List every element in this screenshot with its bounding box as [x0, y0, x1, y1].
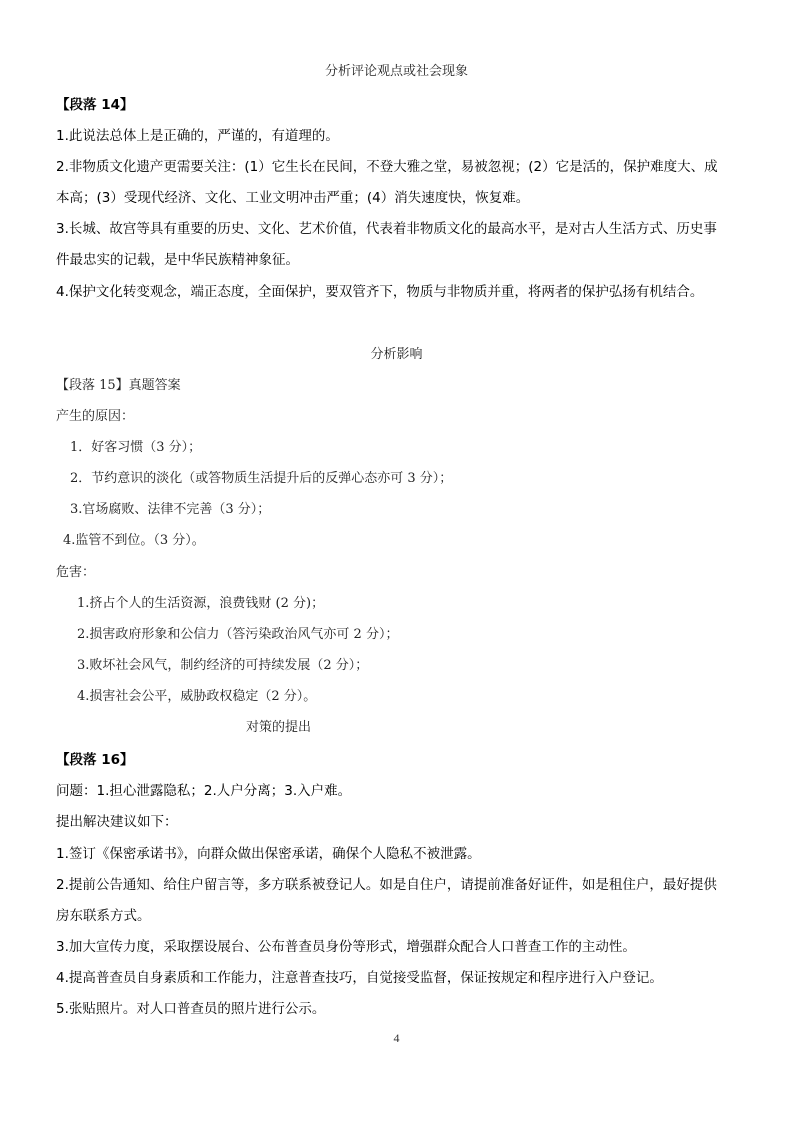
harm-item: 2.损害政府形象和公信力（答污染政治风气亦可 2 分）；	[77, 626, 398, 644]
harm-item: 3.败坏社会风气，制约经济的可持续发展（2 分）；	[77, 657, 368, 675]
causes-label: 产生的原因：	[56, 408, 134, 426]
suggestion-item: 5.张贴照片。对人口普查员的照片进行公示。	[56, 1000, 325, 1018]
suggestion-item: 2.提前公告通知、给住户留言等，多方联系被登记人。如是自住户，请提前准备好证件，…	[56, 876, 717, 894]
paragraph-line: 4.保护文化转变观念，端正态度，全面保护，要双管齐下，物质与非物质并重，将两者的…	[56, 283, 703, 301]
paragraph-line: 1.此说法总体上是正确的，严谨的，有道理的。	[56, 127, 339, 145]
suggestion-item: 1.签订《保密承诺书》，向群众做出保密承诺，确保个人隐私不被泄露。	[56, 845, 481, 863]
suggestion-item: 3.加大宣传力度，采取摆设展台、公布普查员身份等形式，增强群众配合人口普查工作的…	[56, 938, 636, 956]
cause-item: 3.官场腐败、法律不完善（3 分）；	[70, 501, 270, 519]
section-title-impact: 分析影响	[0, 346, 793, 364]
cause-item: 1．好客习惯（3 分）；	[70, 439, 201, 457]
harms-label: 危害：	[56, 564, 95, 582]
cause-item: 2．节约意识的淡化（或答物质生活提升后的反弹心态亦可 3 分）；	[70, 470, 452, 488]
cause-item: 4.监管不到位。（3 分）。	[63, 532, 205, 550]
section-title-countermeasures: 对策的提出	[246, 719, 311, 737]
paragraph-heading-16: 【段落 16】	[56, 751, 134, 769]
suggestion-item: 房东联系方式。	[56, 907, 151, 925]
paragraph-heading-15: 【段落 15】真题答案	[56, 377, 181, 395]
suggestion-item: 4.提高普查员自身素质和工作能力，注意普查技巧，自觉接受监督，保证按规定和程序进…	[56, 969, 663, 987]
harm-item: 4.损害社会公平，威胁政权稳定（2 分）。	[77, 688, 316, 706]
paragraph-line: 3.长城、故宫等具有重要的历史、文化、艺术价值，代表着非物质文化的最高水平，是对…	[56, 220, 717, 238]
paragraph-line: 件最忠实的记载，是中华民族精神象征。	[56, 251, 299, 269]
problems-line: 问题：1.担心泄露隐私；2.人户分离；3.入户难。	[56, 782, 351, 800]
suggestions-intro: 提出解决建议如下：	[56, 813, 178, 831]
harm-item: 1.挤占个人的生活资源，浪费钱财 (2 分)；	[77, 595, 324, 613]
paragraph-heading-14: 【段落 14】	[56, 96, 134, 114]
page-number: 4	[0, 1029, 793, 1047]
paragraph-line: 本高；(3）受现代经济、文化、工业文明冲击严重；(4）消失速度快，恢复难。	[56, 189, 529, 207]
paragraph-line: 2.非物质文化遗产更需要关注：(1）它生长在民间，不登大雅之堂，易被忽视；(2）…	[56, 158, 718, 176]
section-title-analysis: 分析评论观点或社会现象	[0, 63, 793, 81]
